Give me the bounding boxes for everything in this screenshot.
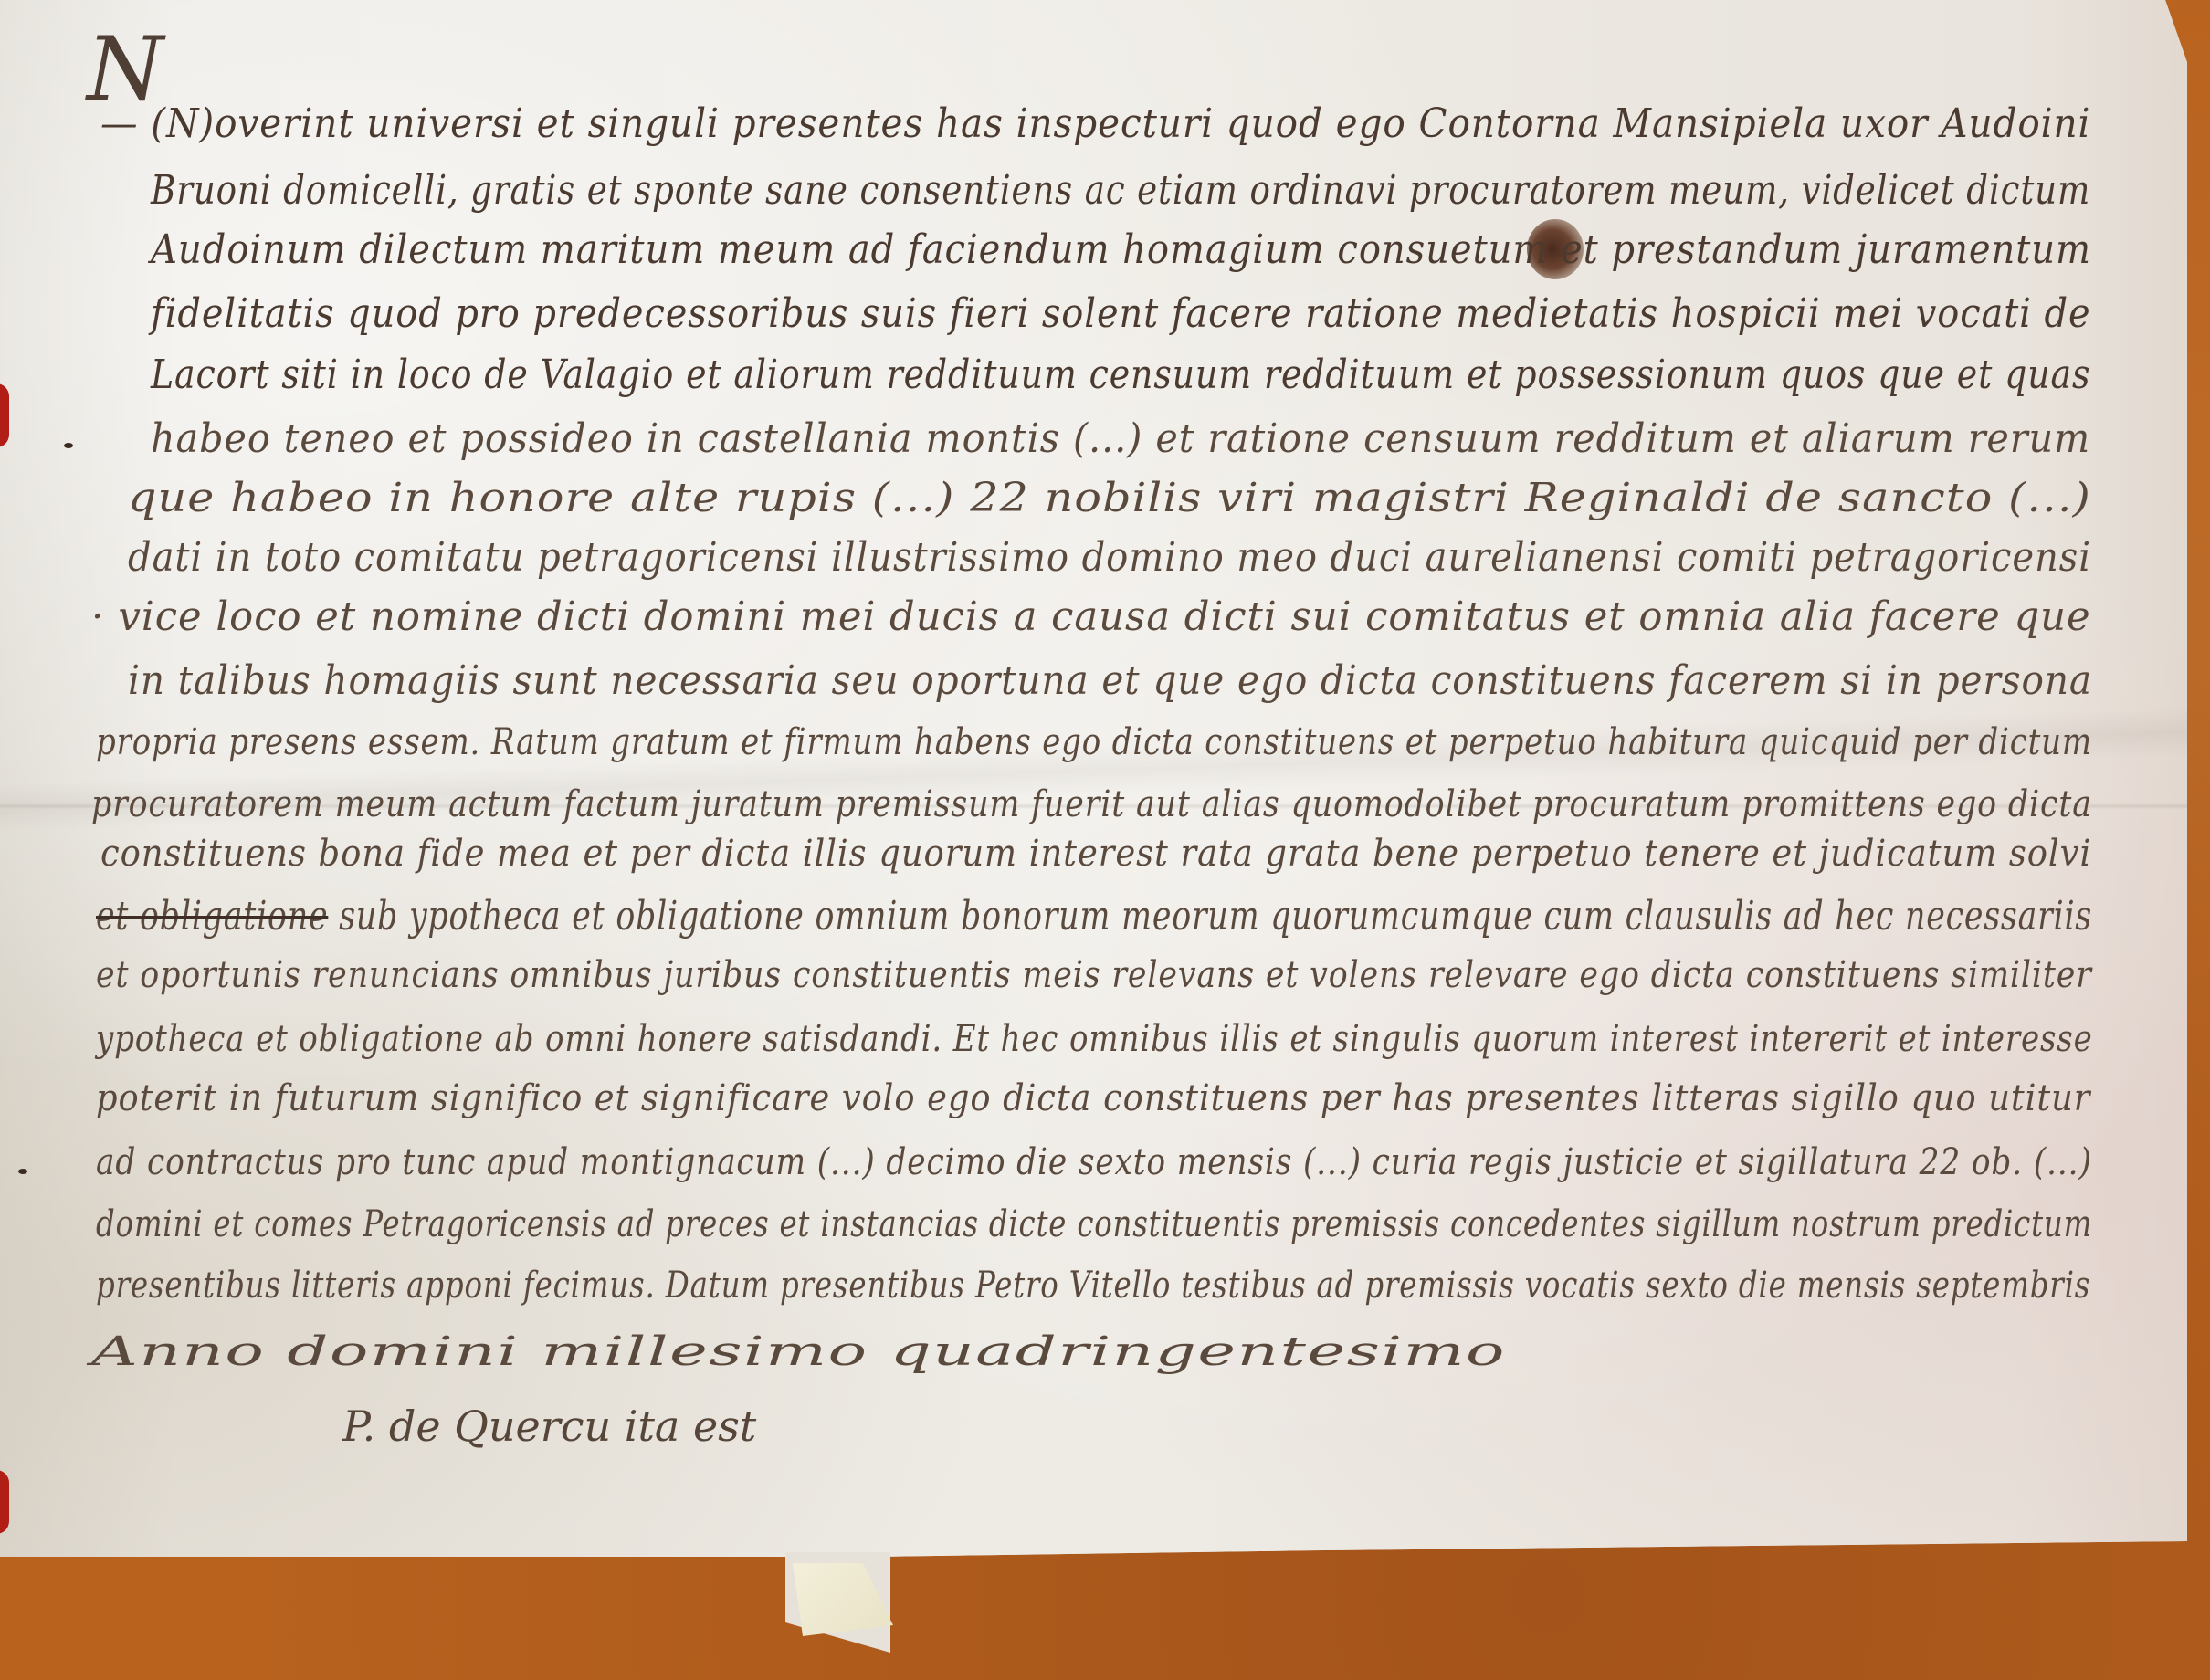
text-line-6: habeo teneo et possideo in castellania m… <box>151 415 2090 462</box>
text-line-18: ad contractus pro tunc apud montignacum … <box>96 1141 2092 1183</box>
text-line-4: fidelitatis quod pro predecessoribus sui… <box>151 290 2091 337</box>
text-line-12: procuratorem meum actum factum juratum p… <box>91 783 2092 825</box>
text-line-13: constituens bona fide mea et per dicta i… <box>100 833 2091 875</box>
manuscript-text: N — (N)overint universi et singuli prese… <box>0 0 2187 1557</box>
text-line-2: Bruoni domicelli, gratis et sponte sane … <box>151 167 2090 214</box>
text-line-5: Lacort siti in loco de Valagio et alioru… <box>151 352 2090 398</box>
text-line-10: in talibus homagiis sunt necessaria seu … <box>128 657 2092 704</box>
text-line-20: presentibus litteris apponi fecimus. Dat… <box>96 1265 2090 1307</box>
text-line-9: · vice loco et nomine dicti domini mei d… <box>91 593 2091 640</box>
struck-through-text: et obligatione <box>96 893 328 940</box>
text-line-8: dati in toto comitatu petragoricensi ill… <box>128 534 2091 581</box>
text-line-7: que habeo in honore alte rupis (...) 22 … <box>128 475 2091 521</box>
text-line-1: — (N)overint universi et singuli present… <box>100 100 1951 147</box>
notary-signature: P. de Quercu ita est <box>342 1402 756 1451</box>
text-line-19: domini et comes Petragoricensis ad prece… <box>96 1203 2092 1245</box>
text-line-17: poterit in futurum significo et signific… <box>96 1077 2090 1119</box>
text-line-15: et oportunis renuncians omnibus juribus … <box>96 954 2092 996</box>
text-line-21: Anno domini millesimo quadringentesimo <box>91 1328 1506 1375</box>
text-line-3: Audoinum dilectum maritum meum ad facien… <box>151 226 2091 273</box>
text-line-14-content: sub ypotheca et obligatione omnium bonor… <box>339 893 2092 940</box>
text-line-14: et obligatione sub ypotheca et obligatio… <box>96 893 2092 940</box>
text-line-16: ypotheca et obligatione ab omni honere s… <box>96 1018 2093 1060</box>
text-line-11: propria presens essem. Ratum gratum et f… <box>96 721 2092 763</box>
